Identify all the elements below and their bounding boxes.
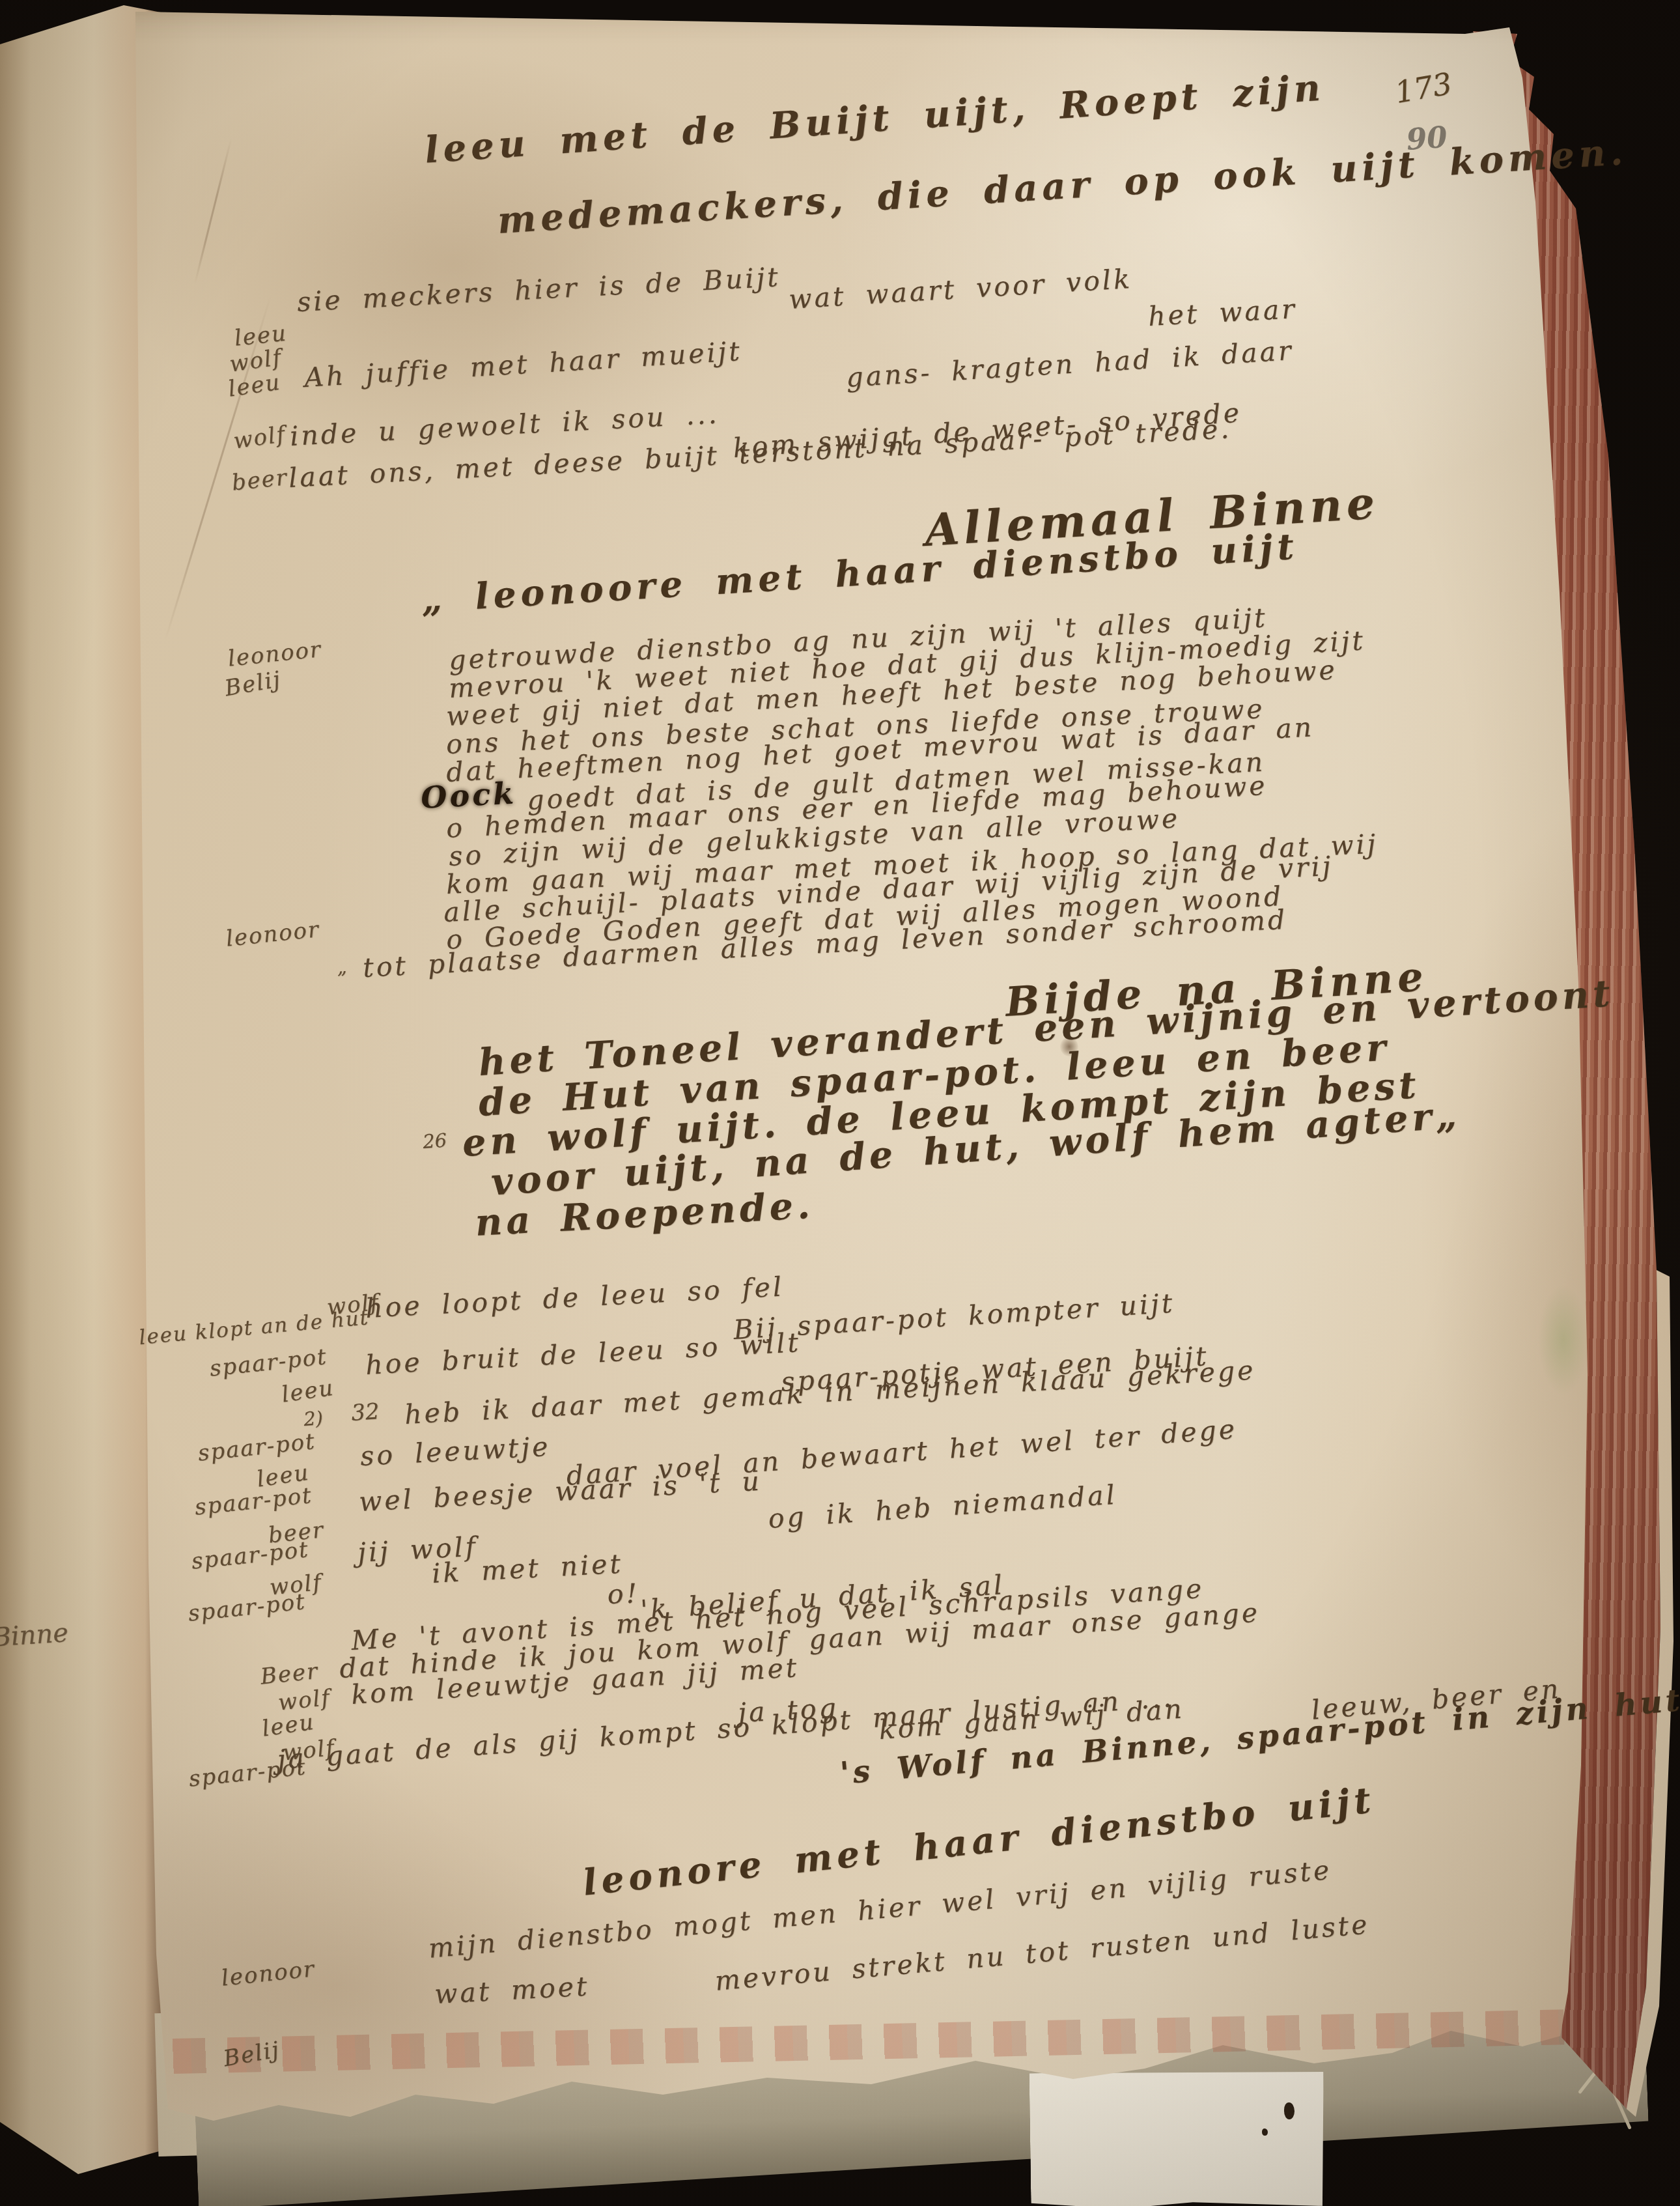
paper-slip: [1029, 2069, 1326, 2206]
margin-mark: 32: [350, 1398, 380, 1426]
facing-page-edge-text: Binne: [0, 1618, 69, 1653]
dialogue-line: o!: [607, 1577, 640, 1610]
manuscript-photo: 173 90 Binne leeu met de Buijt uijt, Roe…: [0, 0, 1680, 2206]
quote-mark: „: [336, 955, 347, 978]
dark-speck: [1262, 2128, 1268, 2136]
margin-mark: 2): [303, 1407, 324, 1430]
dark-speck: [1284, 2102, 1295, 2119]
leaf-mark: 26: [422, 1129, 447, 1152]
green-stain: [1538, 1284, 1589, 1395]
